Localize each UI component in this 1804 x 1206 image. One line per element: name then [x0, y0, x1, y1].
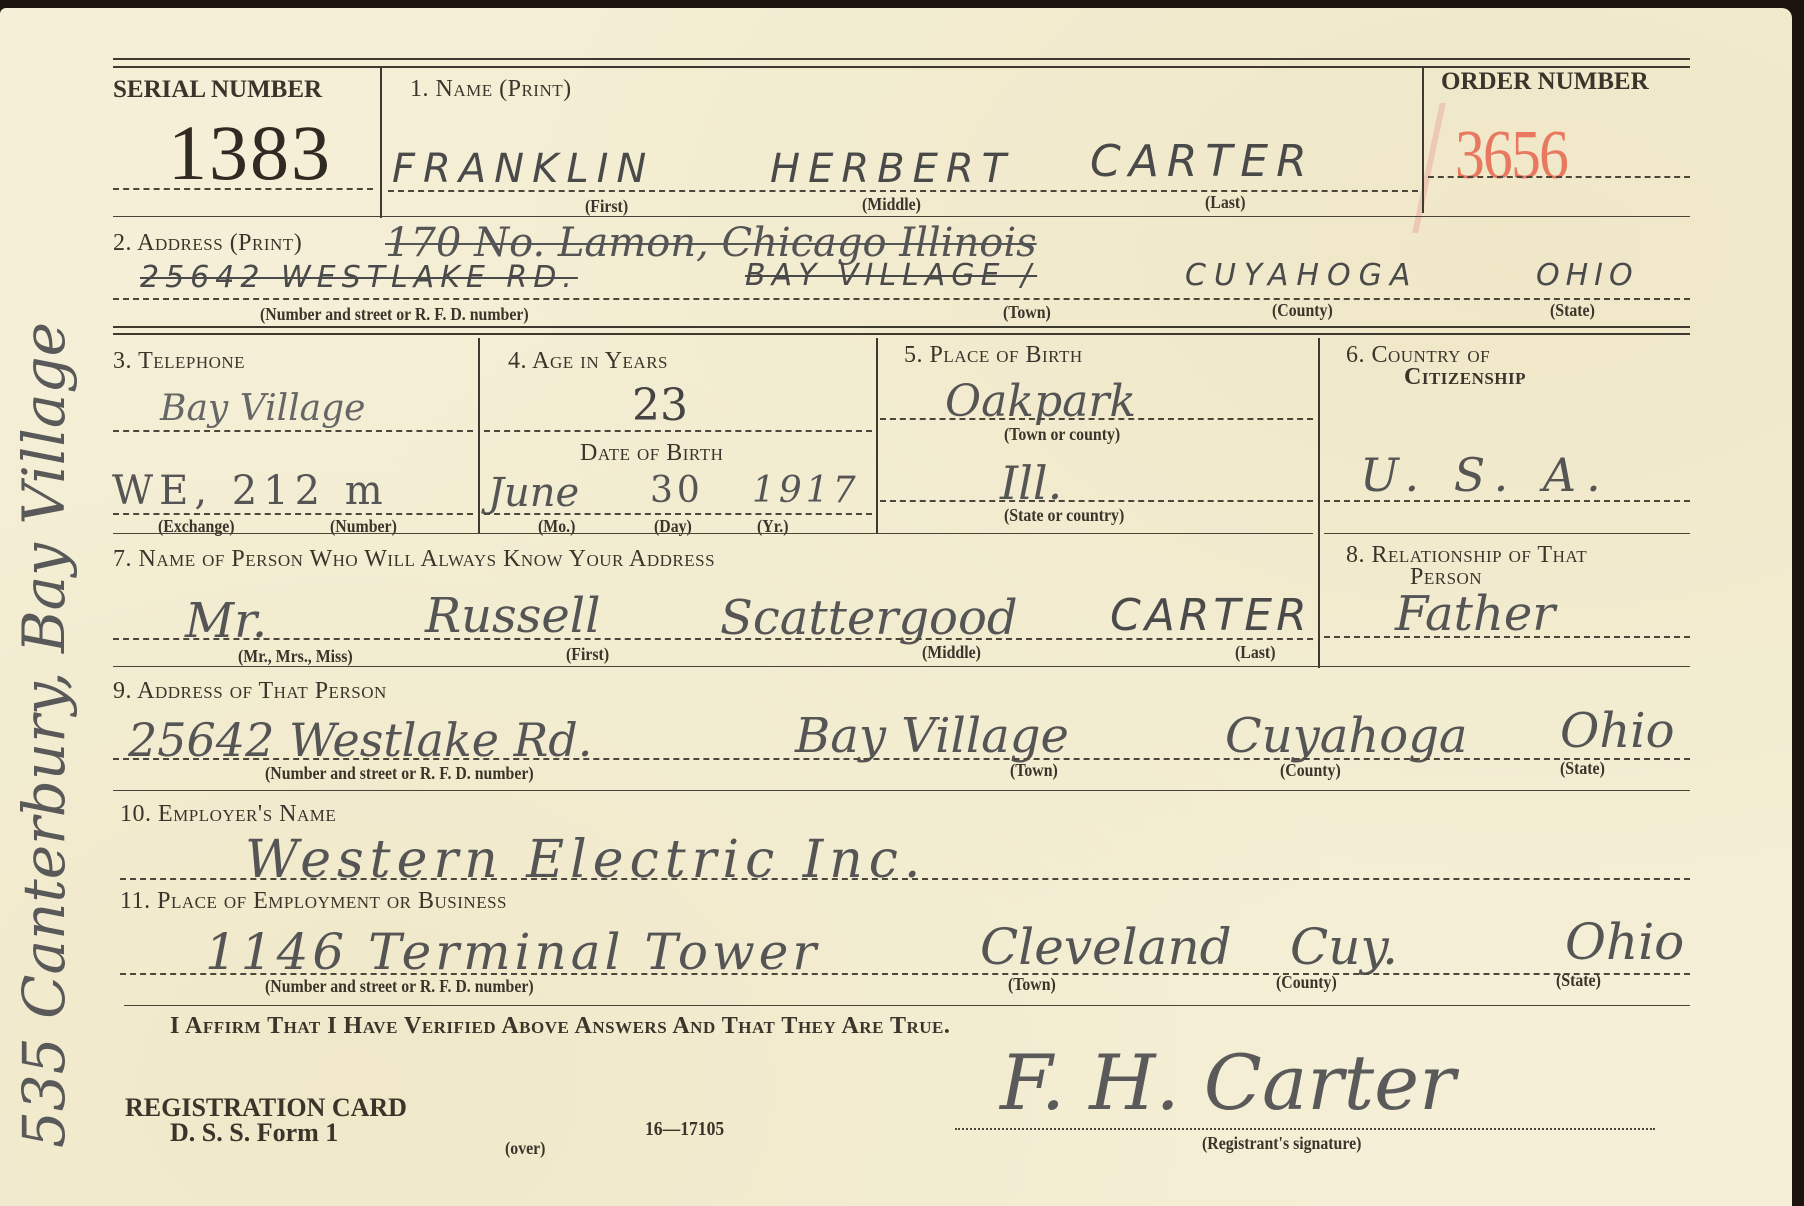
address-state: OHIO	[1536, 258, 1639, 293]
section-7-rule	[113, 666, 1690, 667]
telephone-number: WE, 212 m	[112, 468, 389, 514]
caption-employment-street: (Number and street or R. F. D. number)	[265, 976, 534, 997]
contact-address-underline	[113, 758, 1690, 760]
serial-underline	[113, 188, 373, 190]
order-label: ORDER NUMBER	[1441, 68, 1649, 96]
caption-employment-town: (Town)	[1008, 974, 1056, 995]
order-divider	[1422, 68, 1424, 213]
margin-note: 535 Canterbury, Bay Village	[10, 322, 78, 1148]
dob-label: Date of Birth	[580, 440, 723, 467]
contact-underline	[113, 638, 1313, 640]
section-1-rule	[113, 216, 1690, 217]
caption-contact-last: (Last)	[1235, 642, 1275, 663]
caption-town-or-county: (Town or county)	[1004, 424, 1120, 445]
order-underline	[1428, 176, 1690, 178]
contact-address-state: Ohio	[1560, 703, 1675, 759]
relationship-underline	[1324, 636, 1690, 638]
caption-employment-state: (State)	[1556, 970, 1601, 991]
serial-divider	[380, 68, 382, 218]
caption-employment-county: (County)	[1276, 972, 1337, 993]
employer-label: 10. Employer's Name	[120, 801, 336, 828]
caption-contact-state: (State)	[1560, 758, 1605, 779]
address-underline	[113, 298, 1690, 300]
caption-contact-county: (County)	[1280, 760, 1341, 781]
name-first: FRANKLIN	[392, 146, 654, 192]
age-underline	[484, 430, 872, 432]
caption-state-or-country: (State or country)	[1004, 505, 1124, 526]
employment-label: 11. Place of Employment or Business	[120, 888, 507, 915]
section-2-rule-2	[113, 333, 1690, 335]
citizenship-label-2: Citizenship	[1404, 364, 1526, 391]
section-9-rule	[113, 790, 1690, 791]
employer-value: Western Electric Inc.	[245, 830, 926, 890]
divider-3-4	[478, 338, 480, 533]
divider-5-6	[1318, 338, 1320, 668]
employment-county: Cuy.	[1290, 918, 1398, 976]
telephone-label: 3. Telephone	[113, 348, 245, 375]
form-id: D. S. S. Form 1	[170, 1118, 338, 1148]
employment-underline	[120, 973, 1690, 975]
name-label: 1. Name (Print)	[410, 76, 572, 103]
top-rule	[113, 58, 1690, 60]
registration-card: 535 Canterbury, Bay Village SERIAL NUMBE…	[0, 8, 1792, 1206]
contact-label: 7. Name of Person Who Will Always Know Y…	[113, 546, 715, 573]
contact-last: CARTER	[1110, 590, 1311, 641]
name-underline	[388, 190, 1418, 192]
dob-month: June	[488, 470, 579, 516]
caption-county: (County)	[1272, 300, 1333, 321]
caption-contact-street: (Number and street or R. F. D. number)	[265, 763, 534, 784]
contact-address-label: 9. Address of That Person	[113, 678, 387, 705]
dob-year: 1917	[752, 470, 860, 511]
address-label: 2. Address (Print)	[113, 230, 302, 257]
dob-day: 30	[650, 470, 704, 511]
registrant-signature: F. H. Carter	[1000, 1038, 1455, 1127]
contact-address-town: Bay Village	[795, 708, 1069, 764]
citizenship-rule	[1324, 533, 1690, 534]
address-town: BAY VILLAGE /	[745, 258, 1037, 293]
signature-line	[955, 1128, 1655, 1130]
dob-underline	[484, 513, 872, 515]
caption-town: (Town)	[1003, 302, 1051, 323]
print-code: 16—17105	[645, 1118, 724, 1141]
section-3-rule	[113, 533, 1313, 534]
employment-state: Ohio	[1565, 913, 1684, 971]
name-middle: HERBERT	[770, 146, 1014, 192]
over-note: (over)	[505, 1138, 545, 1159]
telephone-underline-1	[113, 430, 473, 432]
caption-contact-first: (First)	[566, 644, 609, 665]
birthplace-underline-2	[880, 500, 1313, 502]
address-street: 25642 WESTLAKE RD.	[140, 260, 578, 295]
age-label: 4. Age in Years	[508, 348, 668, 375]
citizenship-value: U. S. A.	[1360, 448, 1611, 502]
employer-underline	[120, 878, 1690, 880]
relationship-value: Father	[1395, 586, 1555, 642]
section-2-rule	[113, 326, 1690, 328]
birthplace-label: 5. Place of Birth	[904, 342, 1083, 369]
caption-contact-middle: (Middle)	[922, 642, 981, 663]
caption-title: (Mr., Mrs., Miss)	[238, 646, 353, 667]
caption-first: (First)	[585, 196, 628, 217]
telephone-underline-2	[113, 513, 473, 515]
serial-label: SERIAL NUMBER	[113, 76, 322, 104]
caption-street: (Number and street or R. F. D. number)	[260, 304, 529, 325]
divider-4-5	[876, 338, 878, 533]
check-mark	[1374, 103, 1446, 233]
caption-state: (State)	[1550, 300, 1595, 321]
caption-last: (Last)	[1205, 192, 1245, 213]
contact-first: Russell	[425, 588, 600, 644]
name-last: CARTER	[1090, 136, 1315, 187]
citizenship-underline	[1324, 500, 1690, 502]
age-value: 23	[632, 380, 688, 431]
address-county: CUYAHOGA	[1185, 258, 1418, 293]
serial-number: 1383	[168, 108, 332, 198]
section-11-rule	[124, 1005, 1690, 1006]
contact-title: Mr.	[185, 593, 267, 649]
signature-caption: (Registrant's signature)	[1202, 1133, 1361, 1154]
caption-contact-town: (Town)	[1010, 760, 1058, 781]
employment-town: Cleveland	[980, 918, 1232, 976]
birthplace-underline-1	[880, 418, 1313, 420]
order-number: 3656	[1455, 116, 1567, 196]
affirmation-text: I Affirm That I Have Verified Above Answ…	[170, 1013, 950, 1040]
caption-middle: (Middle)	[862, 194, 921, 215]
telephone-town: Bay Village	[160, 388, 365, 429]
contact-address-county: Cuyahoga	[1225, 708, 1468, 764]
